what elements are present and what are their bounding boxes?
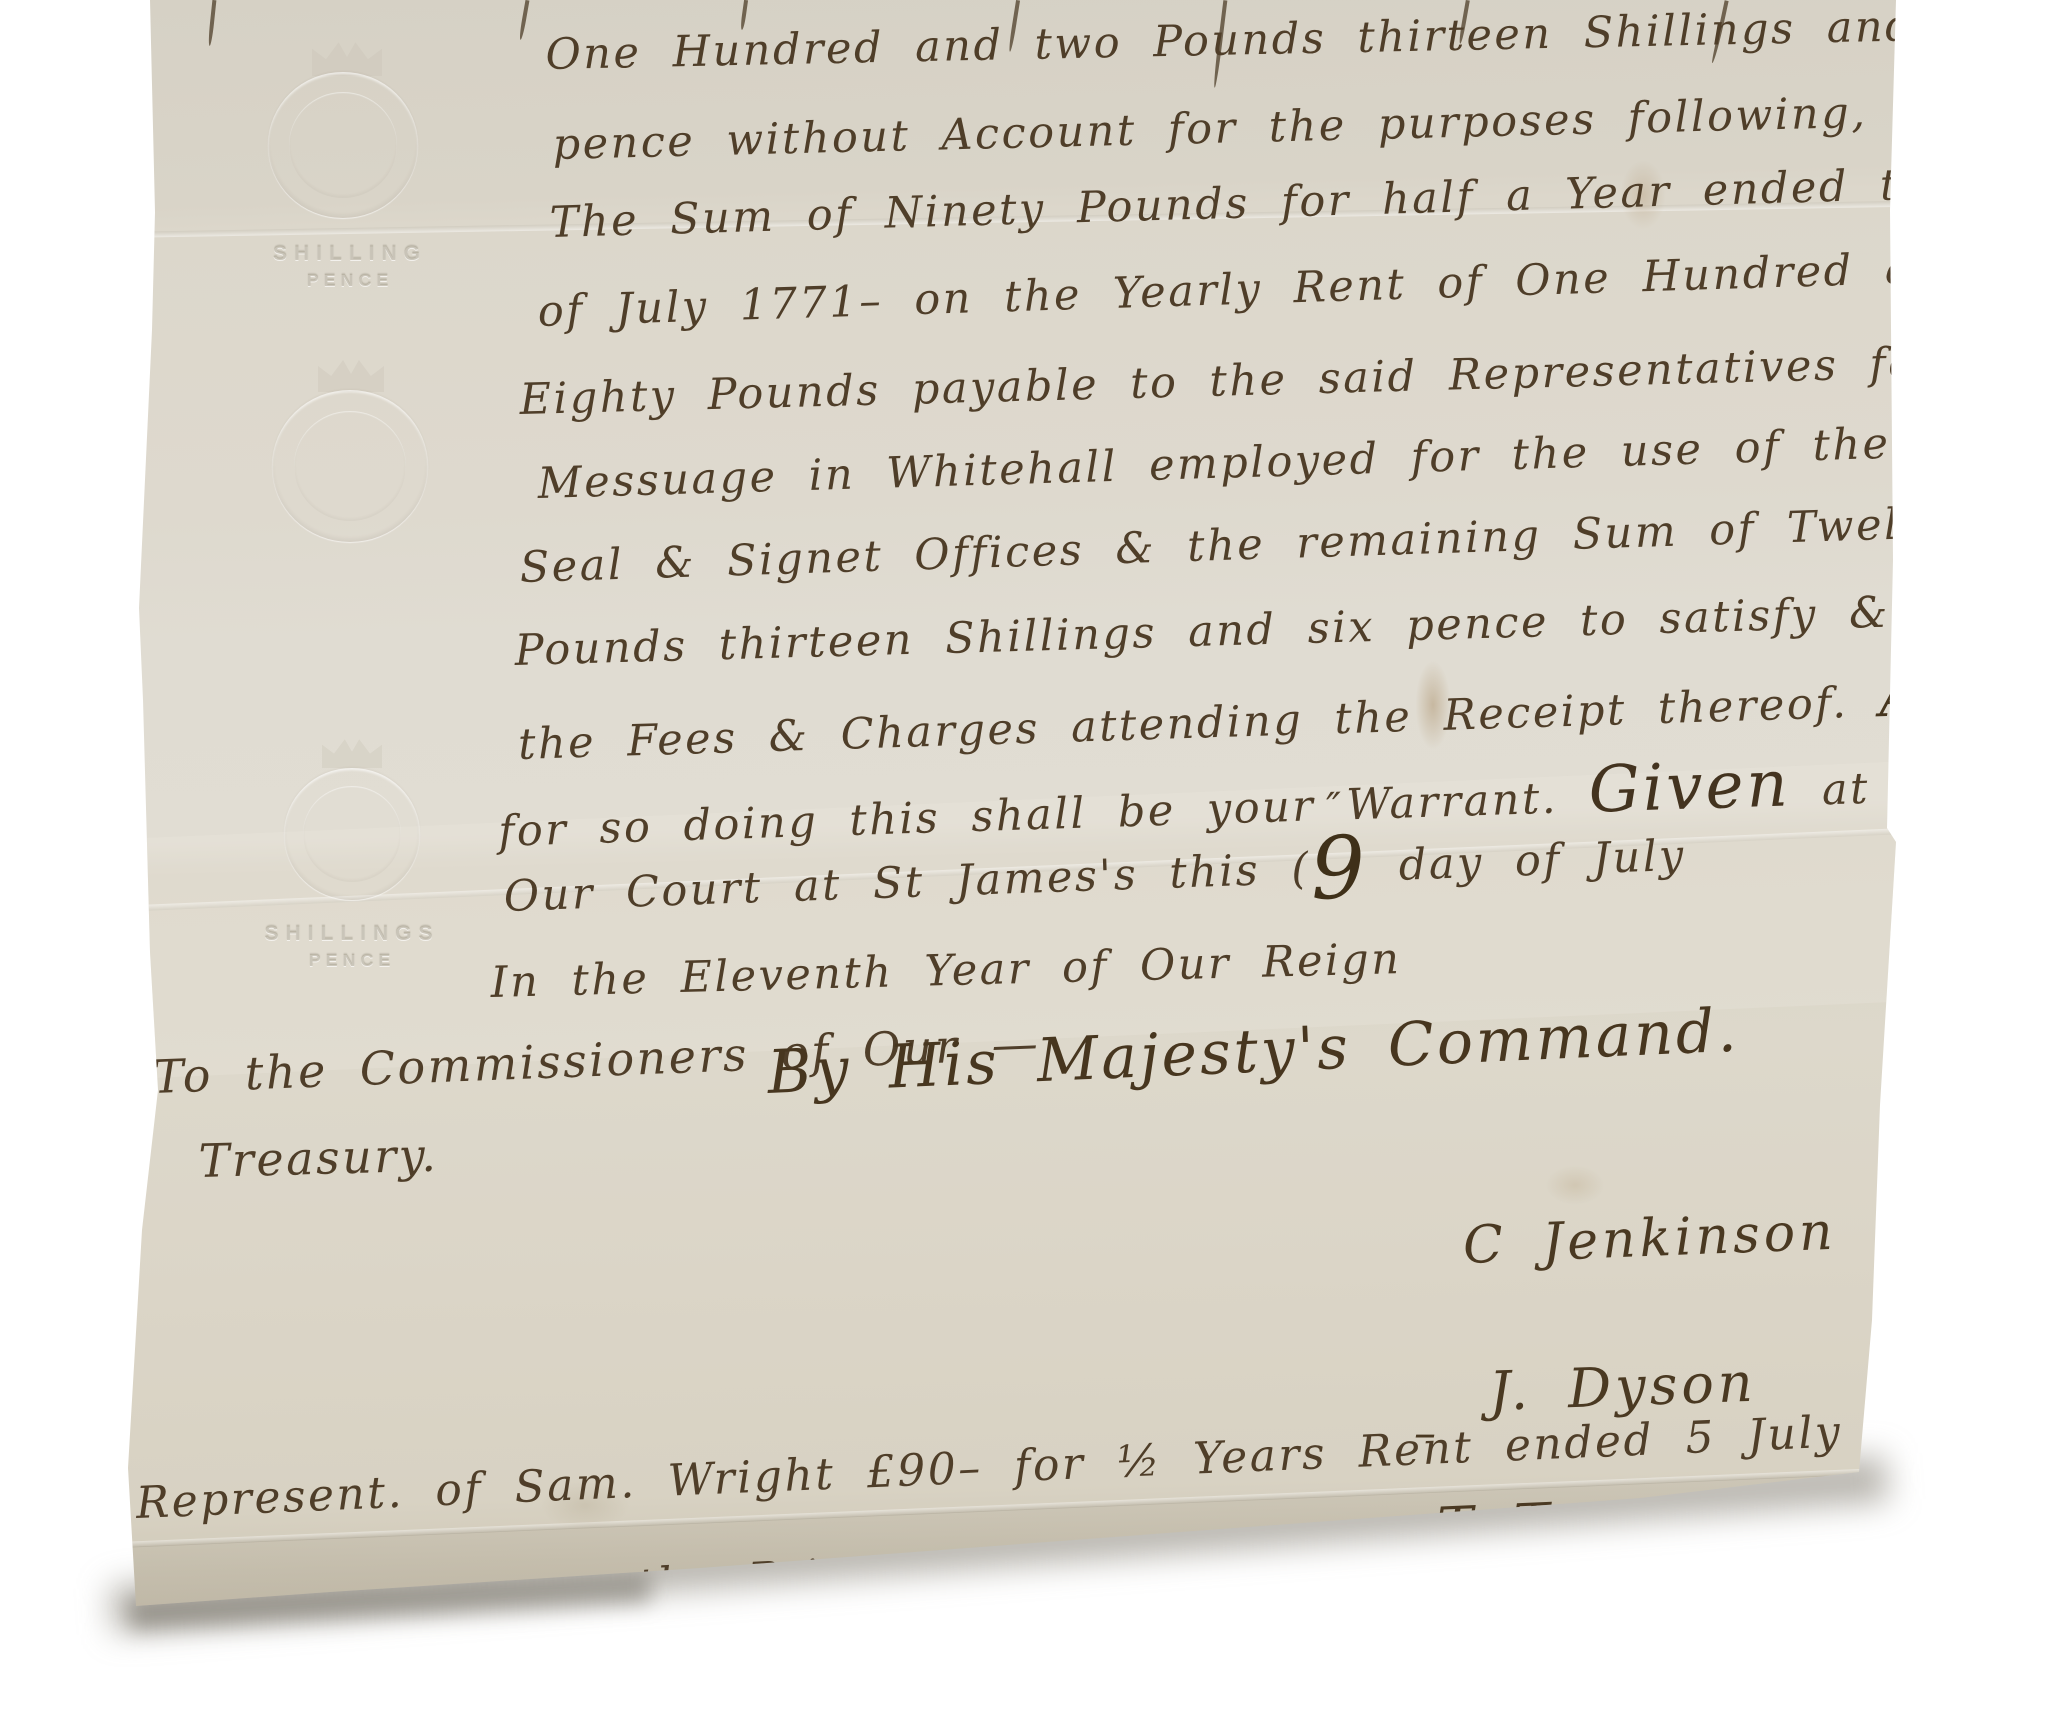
embossed-plaque-text: PENCE — [242, 950, 462, 971]
ink-stain — [1545, 1165, 1605, 1205]
embossed-revenue-stamp — [284, 768, 420, 900]
cropped-text-stroke — [208, 0, 217, 46]
embossed-crown-icon — [322, 732, 382, 768]
embossed-duty-plaque: SHILLINGS PENCE — [242, 922, 462, 971]
warrant-body-line: Messuage in Whitehall employed for the u… — [537, 414, 2047, 509]
warrant-body-line: The Sum of Ninety Pounds for half a Year… — [549, 153, 2048, 248]
warrant-body-line: Seal & Signet Offices & the remaining Su… — [519, 498, 1956, 593]
warrant-body-line: In the Eleventh Year of Our Reign — [490, 934, 1402, 1008]
warrant-body-line: Eighty Pounds payable to the said Repres… — [519, 334, 2048, 425]
document-paper: SHILLING PENCE SHILLINGS PENCE One Hundr… — [0, 0, 2048, 1728]
ink-stain — [1270, 1560, 1390, 1620]
emphasized-word-and: And — [1878, 661, 2000, 730]
embossed-plaque-text: SHILLINGS — [242, 922, 462, 946]
embossed-crown-icon — [318, 352, 384, 392]
warrant-body-line: pence without Account for the purposes f… — [552, 78, 2048, 170]
warrant-body-line: of July 1771– on the Yearly Rent of One … — [537, 239, 2048, 336]
superscript-mark: ″ — [1326, 785, 1345, 832]
body-text: day of July — [1367, 831, 1687, 892]
embossed-crown-icon — [312, 34, 382, 76]
body-text: at — [1790, 764, 1871, 816]
signature-jenkinson: C Jenkinson — [1462, 1202, 1838, 1276]
embossed-revenue-stamp — [268, 72, 418, 218]
embossed-plaque-text: SHILLING — [250, 242, 450, 266]
day-number-wrap: 9″ — [1310, 842, 1369, 894]
warrant-body-line: Pounds thirteen Shillings and six pence … — [514, 584, 2007, 676]
warrant-body-line: One Hundred and two Pounds thirteen Shil… — [545, 0, 2014, 80]
embossed-plaque-text: PENCE — [250, 270, 450, 291]
embossed-duty-plaque: SHILLING PENCE — [250, 242, 450, 291]
day-number: 9 — [1311, 868, 1368, 870]
emphasized-word-given: Given — [1588, 747, 1792, 827]
command-line: By His Majesty's Command. — [766, 996, 1741, 1108]
address-line: Treasury. — [198, 1128, 439, 1188]
embossed-revenue-stamp — [272, 390, 428, 542]
photographed-document: SHILLING PENCE SHILLINGS PENCE One Hundr… — [0, 0, 2048, 1728]
cropped-text-stroke — [519, 0, 530, 40]
